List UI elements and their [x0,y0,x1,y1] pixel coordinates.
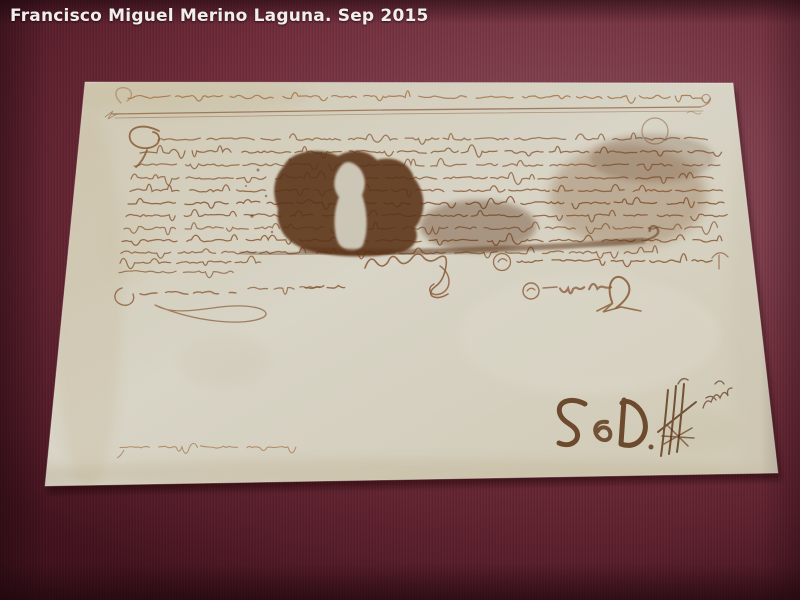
manuscript-photo-scene [0,0,800,600]
ink-stain-gap [334,162,366,250]
ink-stain-smear-center [420,200,536,252]
ink-stain-topright [590,134,714,182]
monogram-dot [649,445,654,450]
watermark-text: Francisco Miguel Merino Laguna. Sep 2015 [10,6,429,26]
signature-right2-dash [543,287,557,288]
ink-streak-left [240,252,330,254]
photograph: Francisco Miguel Merino Laguna. Sep 2015 [0,0,800,600]
